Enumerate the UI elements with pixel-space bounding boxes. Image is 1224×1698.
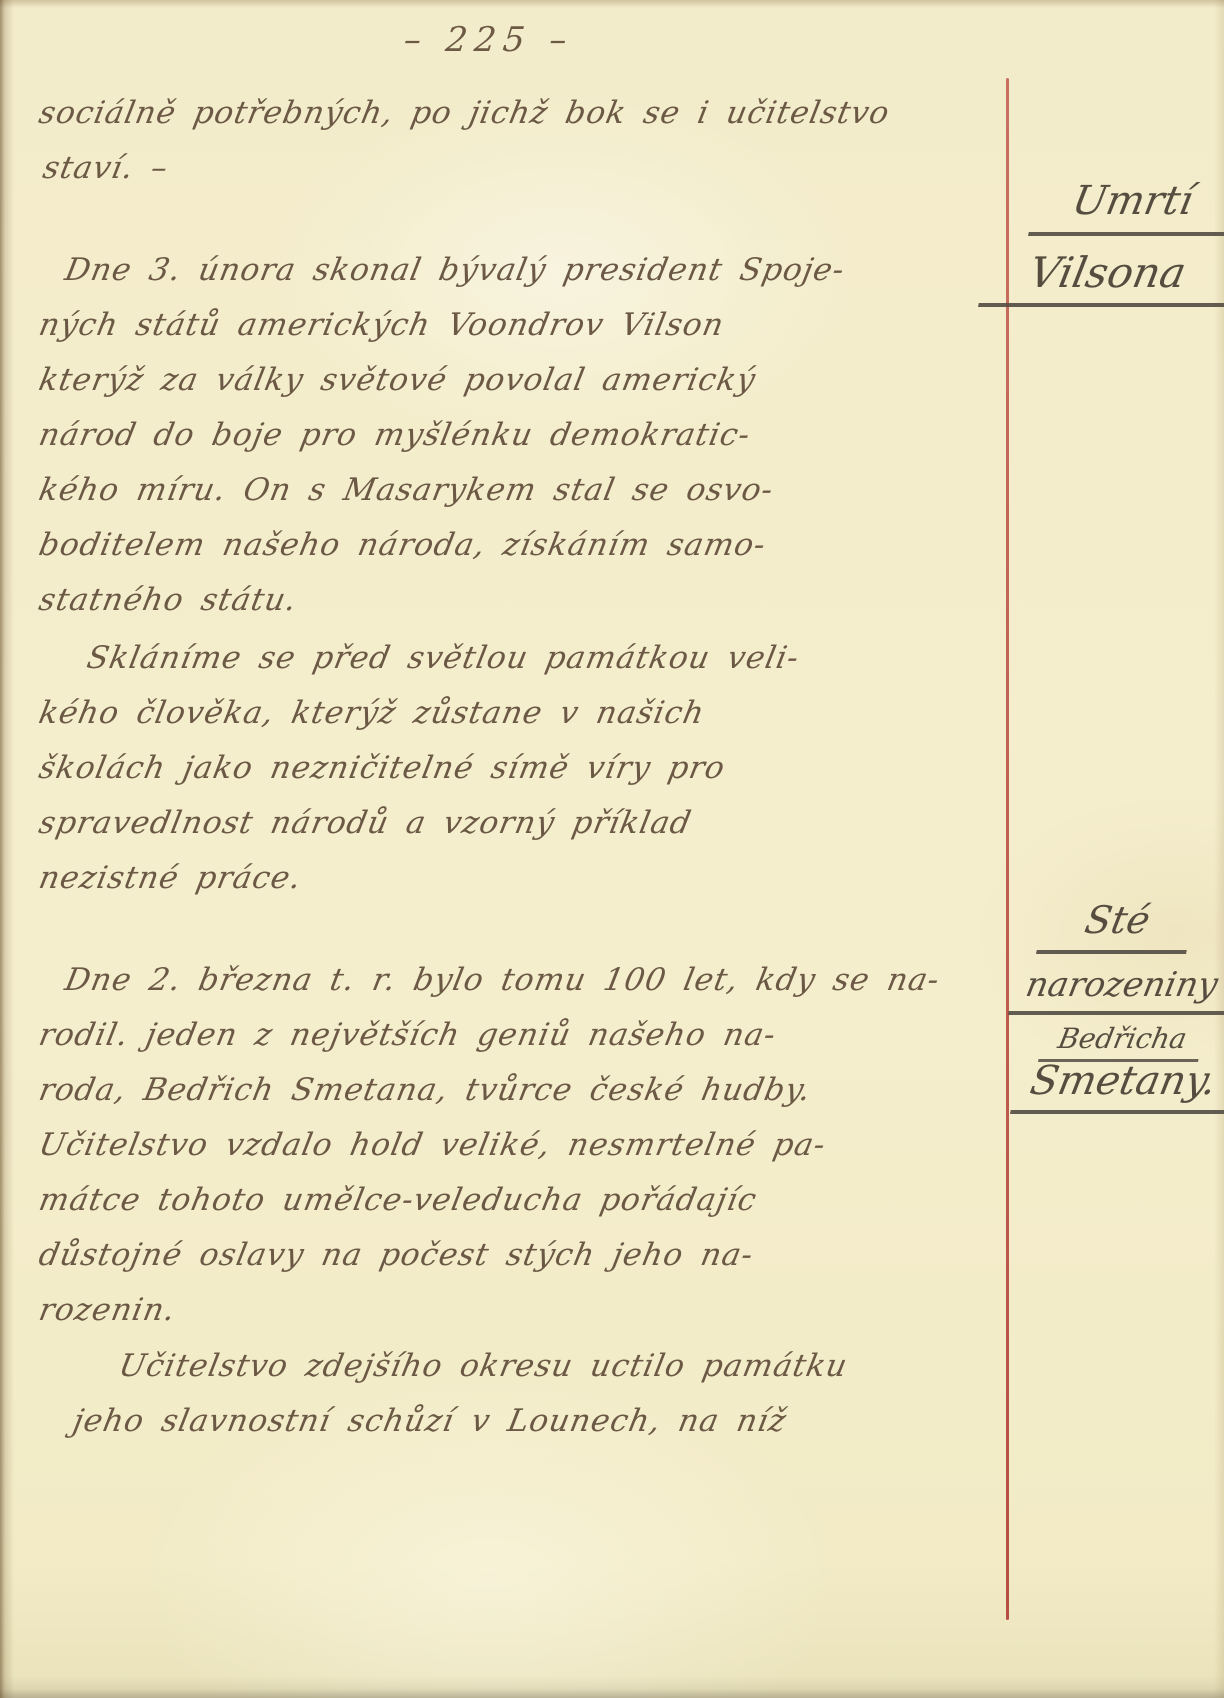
handwriting-line: národ do boje pro myšlénku demokratic- <box>36 417 754 453</box>
handwriting-line: Učitelstvo vzdalo hold veliké, nesmrteln… <box>36 1127 829 1163</box>
margin-ruling-line <box>1006 78 1009 1620</box>
handwriting-line: Učitelstvo zdejšího okresu uctilo památk… <box>116 1348 851 1384</box>
margin-note-narozeniny: narozeniny <box>1008 965 1224 1015</box>
handwriting-line: důstojné oslavy na počest stých jeho na- <box>36 1237 757 1273</box>
handwriting-line: ných států amerických Voondrov Vilson <box>36 307 727 343</box>
handwriting-line: rodil. jeden z největších geniů našeho n… <box>36 1017 779 1053</box>
handwriting-line: roda, Bedřich Smetana, tvůrce české hudb… <box>36 1072 814 1108</box>
handwriting-line: školách jako nezničitelné símě víry pro <box>36 750 728 786</box>
handwriting-line: kterýž za války světové povolal americký <box>36 362 759 398</box>
handwriting-line: staví. – <box>40 150 171 186</box>
margin-note-umrti: Umrtí <box>1028 178 1224 236</box>
manuscript-page: – 225 – sociálně potřebných, po jichž bo… <box>0 0 1224 1698</box>
handwriting-line: jeho slavnostní schůzí v Lounech, na níž <box>70 1403 790 1439</box>
handwriting-line: kého míru. On s Masarykem stal se osvo- <box>36 472 777 508</box>
handwriting-line: Dne 3. února skonal bývalý president Spo… <box>62 252 848 288</box>
handwriting-line: spravedlnost národů a vzorný příklad <box>36 805 695 841</box>
margin-note-smetany: Smetany. <box>1010 1058 1224 1114</box>
handwriting-line: mátce tohoto umělce-veleducha pořádajíc <box>36 1182 760 1218</box>
handwriting-line: kého člověka, kterýž zůstane v našich <box>36 695 708 731</box>
handwriting-line: Skláníme se před světlou památkou veli- <box>84 640 802 676</box>
handwriting-line: statného státu. <box>36 582 300 618</box>
handwriting-line: boditelem našeho národa, získáním samo- <box>36 527 769 563</box>
handwriting-line: nezistné práce. <box>36 860 305 896</box>
margin-note-vilsona: Vilsona <box>978 248 1224 307</box>
page-number: – 225 – <box>402 20 576 60</box>
handwriting-line: Dne 2. března t. r. bylo tomu 100 let, k… <box>62 962 943 998</box>
handwriting-line: rozenin. <box>36 1292 179 1328</box>
margin-note-ste: Sté <box>1036 898 1197 954</box>
handwriting-line: sociálně potřebných, po jichž bok se i u… <box>36 95 893 131</box>
margin-note-bedricha: Bedřicha <box>1038 1022 1206 1062</box>
